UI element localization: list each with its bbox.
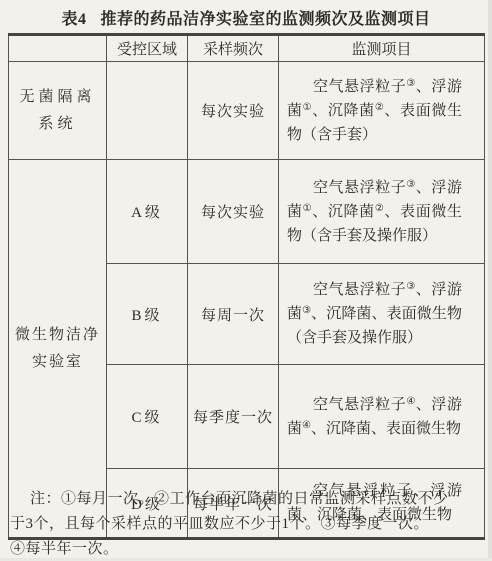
items-cell-grade-a: 空气悬浮粒子③、浮游菌①、沉降菌②、表面微生物（含手套及操作服） [279,160,485,264]
table-title-label: 表4 [61,6,86,29]
region-cell-micro-lab: 微生物洁净实验室 [9,160,107,539]
footnote-line-1: 注：①每月一次。②工作台面沉降菌的日常监测采样点数不少 [10,487,478,512]
items-cell-grade-b: 空气悬浮粒子③、浮游菌③、沉降菌、表面微生物（含手套及操作服） [279,264,485,365]
area-cell-grade-b: B级 [107,264,188,365]
header-region-empty [9,35,107,62]
header-monitoring-items: 监测项目 [279,35,485,62]
scan-page-edge-right [488,0,492,561]
monitoring-table: 受控区域 采样频次 监测项目 无菌隔离系统 每次实验 空气悬浮粒子③、浮游菌①、… [8,33,485,540]
area-cell-grade-a: A级 [107,160,188,264]
table-title-text: 推荐的药品洁净实验室的监测频次及监测项目 [101,6,431,29]
table-title: 表4 推荐的药品洁净实验室的监测频次及监测项目 [0,6,492,29]
frequency-cell-grade-a: 每次实验 [188,160,279,264]
frequency-cell-grade-c: 每季度一次 [188,365,279,469]
header-row: 受控区域 采样频次 监测项目 [9,35,485,62]
header-sampling-frequency: 采样频次 [188,35,279,62]
frequency-cell-isolator: 每次实验 [188,62,279,160]
area-cell-isolator [107,62,188,160]
region-cell-isolator: 无菌隔离系统 [9,62,107,160]
table-row-grade-a: 微生物洁净实验室 A级 每次实验 空气悬浮粒子③、浮游菌①、沉降菌②、表面微生物… [9,160,485,264]
table-row-isolator: 无菌隔离系统 每次实验 空气悬浮粒子③、浮游菌①、沉降菌②、表面微生物（含手套） [9,62,485,160]
frequency-cell-grade-b: 每周一次 [188,264,279,365]
header-controlled-area: 受控区域 [107,35,188,62]
items-cell-grade-c: 空气悬浮粒子④、浮游菌④、沉降菌、表面微生物 [279,365,485,469]
footnote-line-2: 于3个，且每个采样点的平皿数应不少于1个。③每季度一次。 [10,512,478,537]
items-cell-isolator: 空气悬浮粒子③、浮游菌①、沉降菌②、表面微生物（含手套） [279,62,485,160]
footnote: 注：①每月一次。②工作台面沉降菌的日常监测采样点数不少 于3个，且每个采样点的平… [10,487,478,561]
area-cell-grade-c: C级 [107,365,188,469]
